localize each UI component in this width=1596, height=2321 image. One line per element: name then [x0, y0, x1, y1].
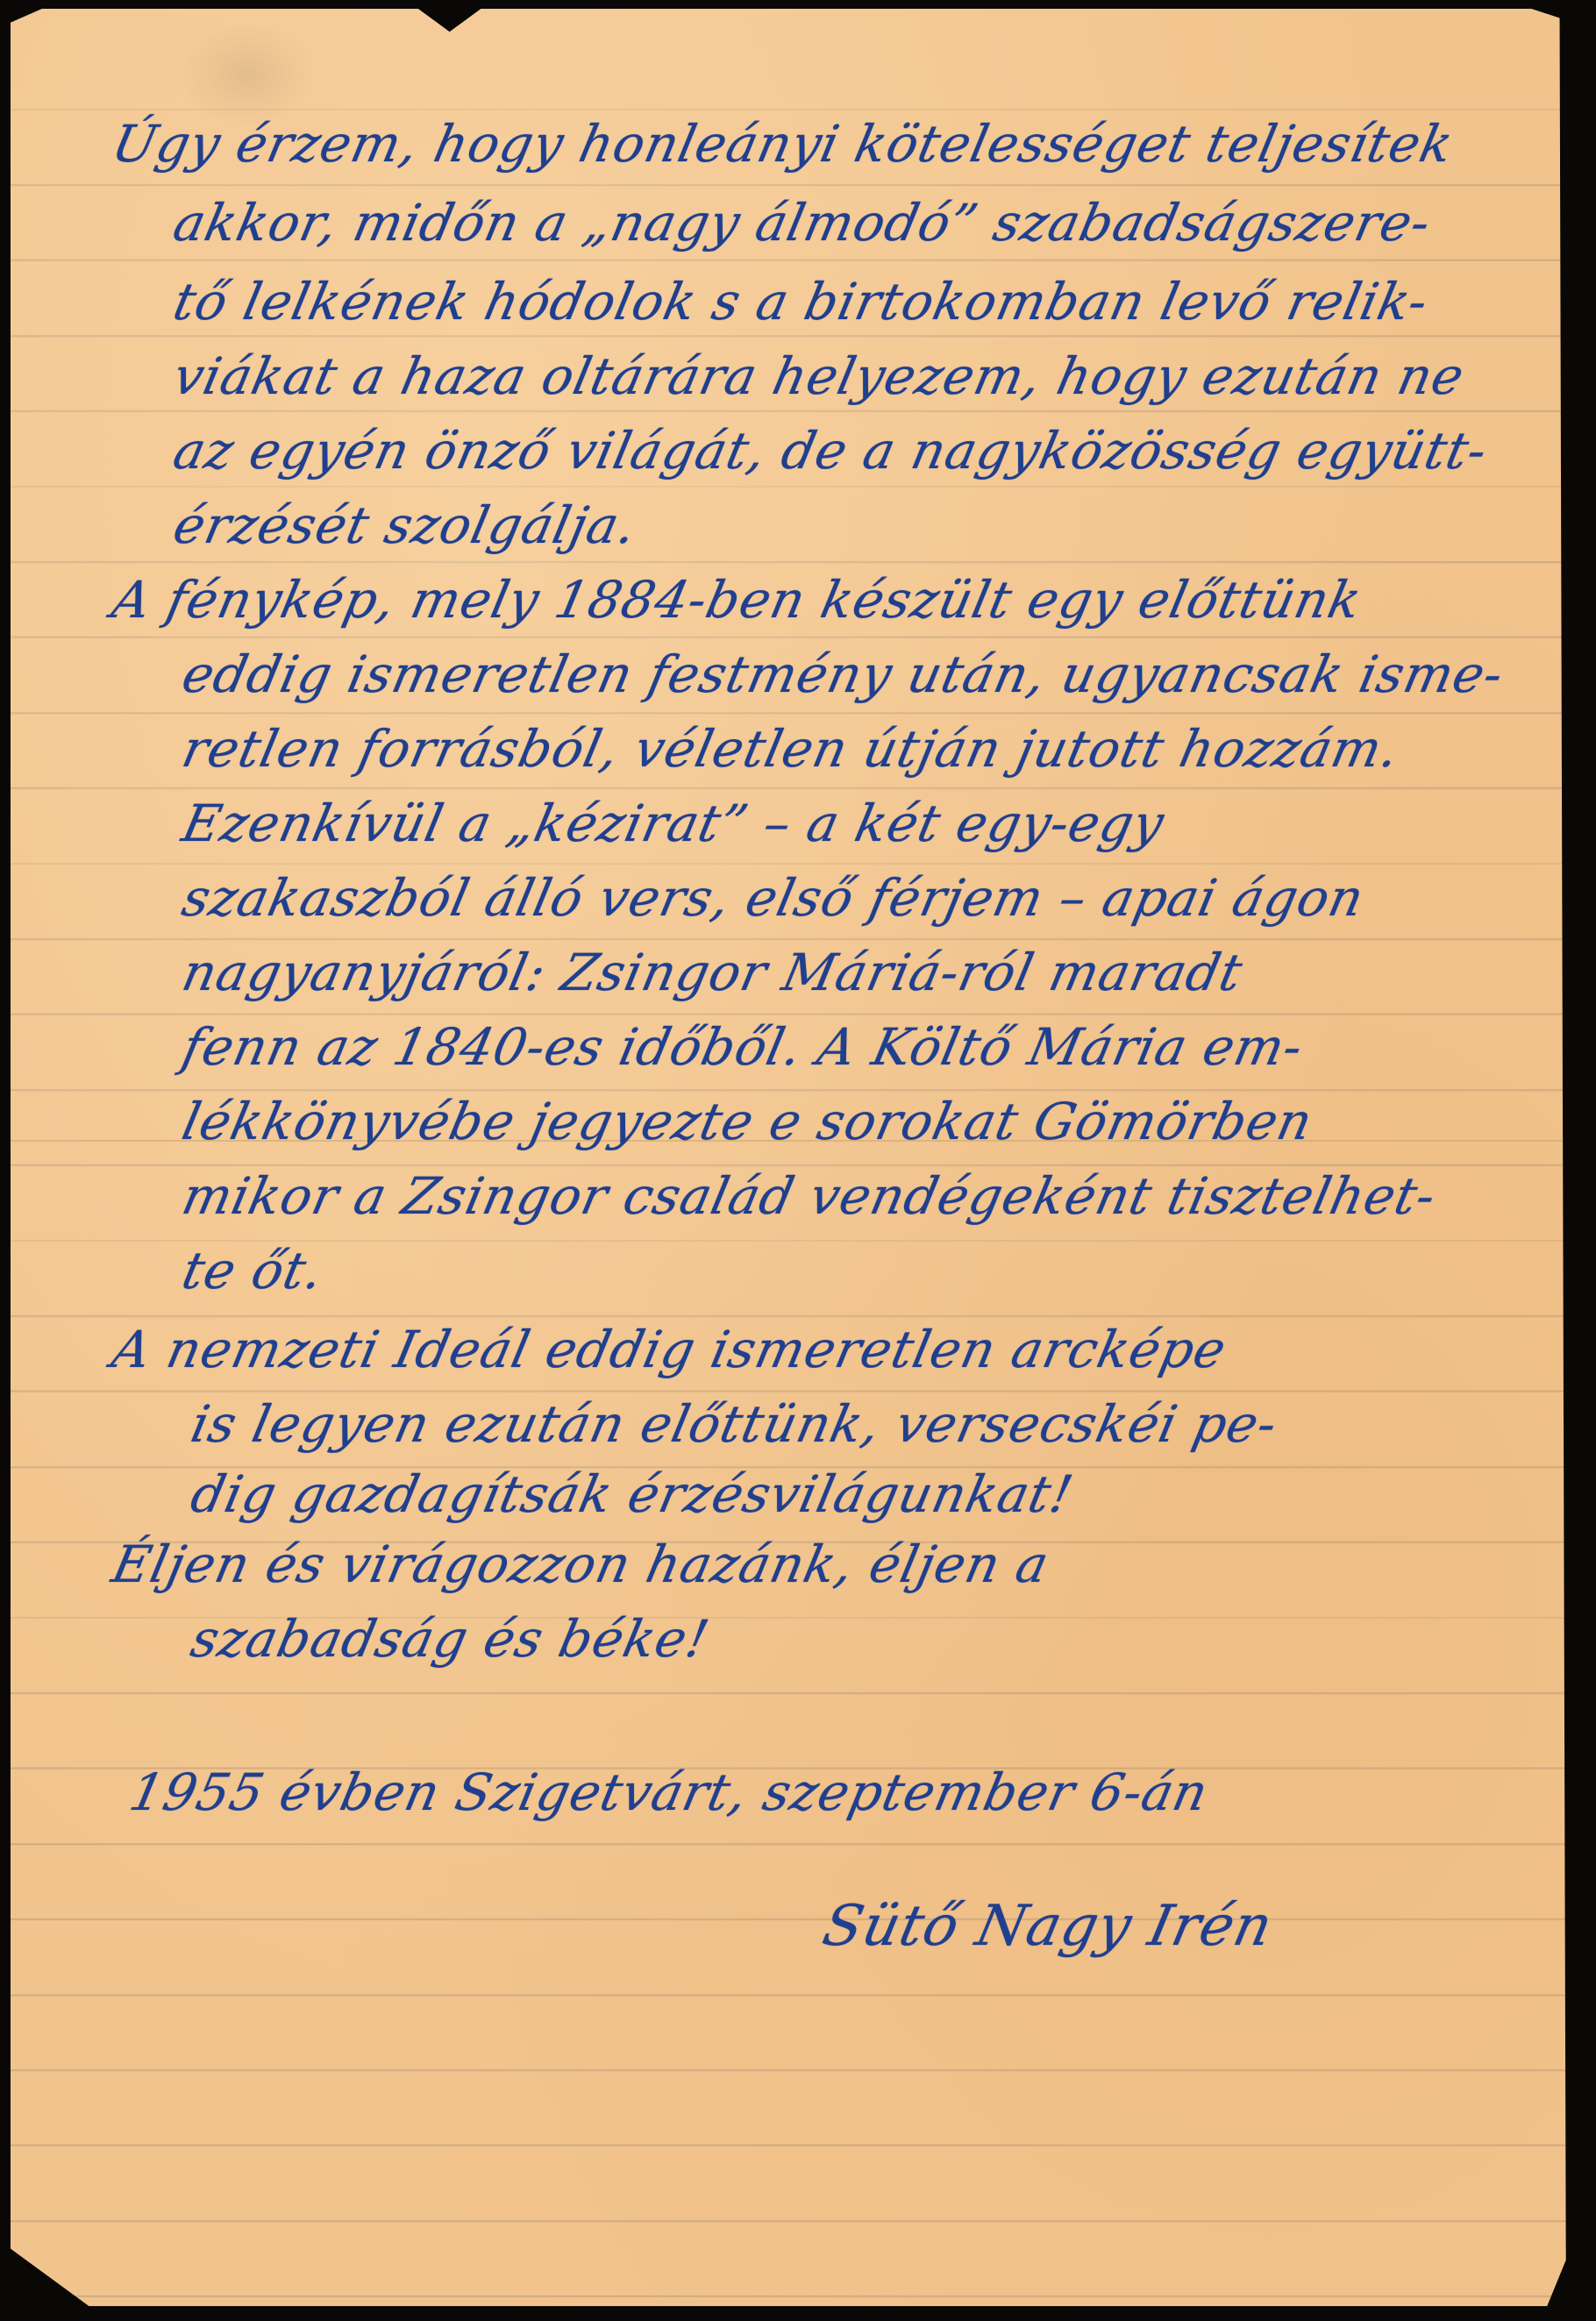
text-line: érzését szolgálja.	[168, 495, 642, 555]
text-line: Éljen és virágozzon hazánk, éljen a	[107, 1534, 1054, 1594]
document-paper: Úgy érzem, hogy honleányi kötelességet t…	[11, 9, 1578, 2306]
paper-stain	[177, 22, 317, 127]
text-line: viákat a haza oltárára helyezem, hogy ez…	[168, 346, 1470, 406]
text-line: lékkönyvébe jegyezte e sorokat Gömörben	[177, 1092, 1318, 1151]
text-line: akkor, midőn a „nagy álmodó” szabadságsz…	[168, 193, 1436, 253]
dateline: 1955 évben Szigetvárt, szeptember 6-án	[125, 1762, 1214, 1822]
text-line: nagyanyjáról: Zsingor Máriá-ról maradt	[177, 943, 1248, 1002]
text-line: A fénykép, mely 1884-ben készült egy elő…	[107, 570, 1367, 630]
text-line: is legyen ezután előttünk, versecskéi pe…	[186, 1394, 1283, 1454]
text-line: A nemzeti Ideál eddig ismeretlen arcképe	[107, 1320, 1232, 1379]
text-line: szakaszból álló vers, első férjem – apai…	[177, 868, 1370, 928]
text-line: Úgy érzem, hogy honleányi kötelességet t…	[107, 114, 1458, 174]
text-line: fenn az 1840-es időből. A Költő Mária em…	[177, 1017, 1308, 1077]
text-line: az egyén önző világát, de a nagyközösség…	[168, 421, 1493, 481]
signature: Sütő Nagy Irén	[817, 1894, 1279, 1959]
text-line: mikor a Zsingor család vendégeként tiszt…	[177, 1166, 1442, 1226]
text-line: Ezenkívül a „kézirat” – a két egy-egy	[177, 794, 1170, 853]
text-line: te őt.	[177, 1241, 329, 1300]
text-line: tő lelkének hódolok s a birtokomban levő…	[168, 272, 1434, 331]
text-line: szabadság és béke!	[186, 1609, 715, 1669]
text-line: eddig ismeretlen festmény után, ugyancsa…	[177, 644, 1509, 704]
text-line: dig gazdagítsák érzésvilágunkat!	[186, 1464, 1079, 1524]
text-line: retlen forrásból, véletlen útján jutott …	[177, 719, 1405, 779]
